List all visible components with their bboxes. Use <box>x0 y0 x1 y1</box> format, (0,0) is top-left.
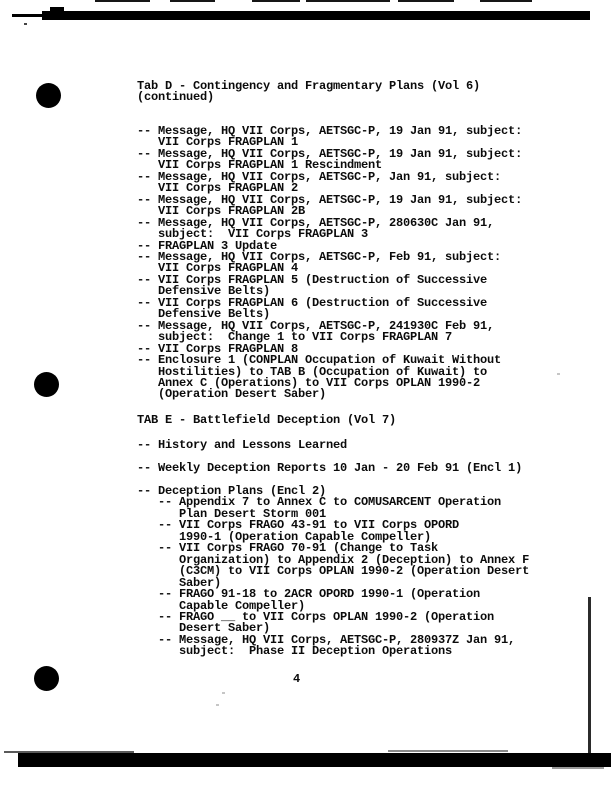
scan-mark-top <box>252 0 300 2</box>
tab-e-heading: TAB E - Battlefield Deception (Vol 7) <box>137 415 396 426</box>
tab-d-item-list: -- Message, HQ VII Corps, AETSGC-P, 19 J… <box>137 126 522 401</box>
scanned-page: Tab D - Contingency and Fragmentary Plan… <box>0 0 611 792</box>
hole-punch-dot <box>34 372 59 397</box>
tab-e-item-weekly: -- Weekly Deception Reports 10 Jan - 20 … <box>137 463 522 474</box>
scan-speck <box>24 23 27 25</box>
scan-mark-top <box>95 0 150 2</box>
scan-mark-top <box>170 0 215 2</box>
hole-punch-dot <box>34 666 59 691</box>
scan-speck <box>216 704 219 706</box>
hole-punch-dot <box>36 83 61 108</box>
text-line: (Operation Desert Saber) <box>137 389 522 400</box>
text-line: (continued) <box>137 92 480 103</box>
scan-mark-top <box>306 0 390 2</box>
text-line: subject: Phase II Deception Operations <box>137 646 529 657</box>
scan-bar-bottom <box>18 753 611 767</box>
scan-speck <box>557 373 560 375</box>
tab-e-deception-plan-list: -- Deception Plans (Encl 2) -- Appendix … <box>137 486 529 658</box>
scan-bar-bottom-dash <box>388 750 508 752</box>
tab-d-heading: Tab D - Contingency and Fragmentary Plan… <box>137 81 480 104</box>
scan-mark-top <box>480 0 532 2</box>
scan-mark-top <box>398 0 454 2</box>
page-number: 4 <box>293 674 300 685</box>
scan-line-right <box>588 597 591 754</box>
tab-e-item-history: -- History and Lessons Learned <box>137 440 347 451</box>
scan-bar-top-bump <box>50 7 64 13</box>
scan-speck <box>222 692 225 694</box>
scan-bar-bottom-tail <box>552 767 604 769</box>
scan-bar-top <box>42 11 590 20</box>
scan-bar-top-lead <box>12 14 54 17</box>
